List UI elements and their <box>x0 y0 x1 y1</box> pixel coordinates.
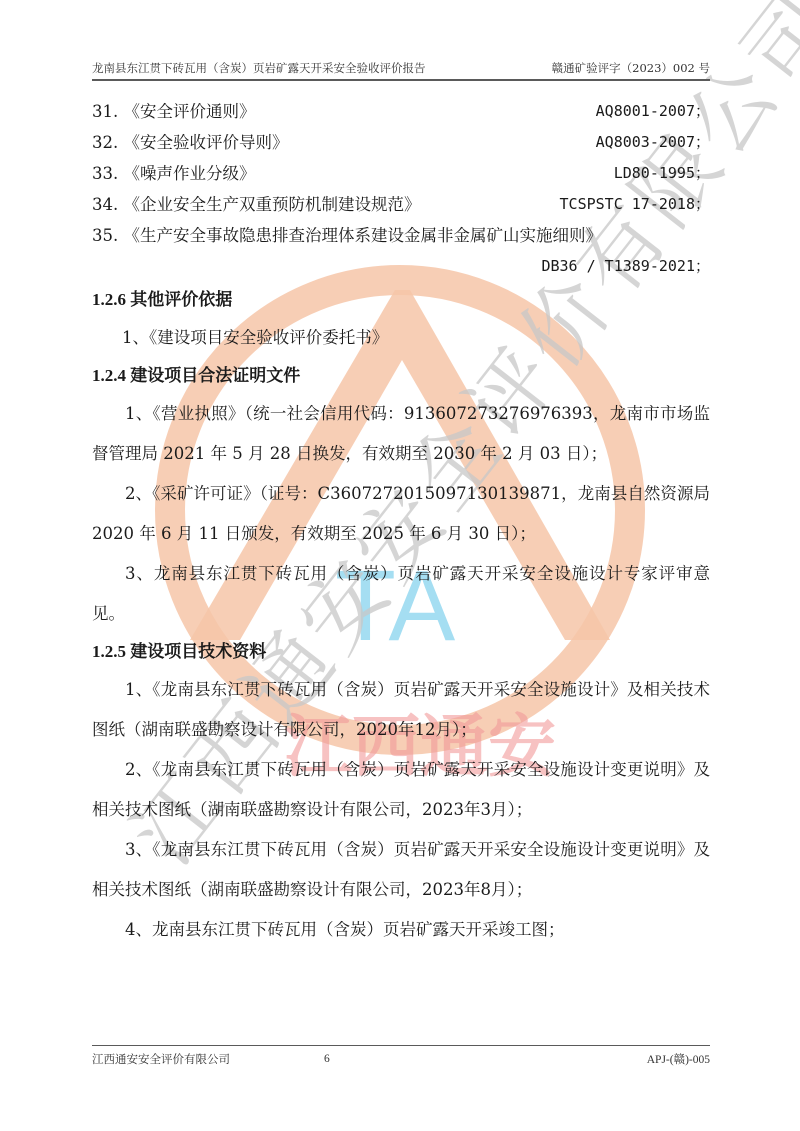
list-item: 3、龙南县东江贯下砖瓦用（含炭）页岩矿露天开采安全设施设计专家评审意见。 <box>92 554 710 634</box>
page-footer: 江西通安安全评价有限公司 6 APJ-(赣)-005 <box>92 1045 710 1067</box>
header-report-number: 赣通矿验评字（2023）002 号 <box>552 60 710 76</box>
list-item: 1、《营业执照》（统一社会信用代码：913607273276976393，龙南市… <box>92 394 710 474</box>
page-header: 龙南县东江贯下砖瓦用（含炭）页岩矿露天开采安全验收评价报告 赣通矿验评字（202… <box>92 56 710 81</box>
list-item: 4、龙南县东江贯下砖瓦用（含炭）页岩矿露天开采竣工图； <box>92 910 710 950</box>
reference-code: AQ8003-2007； <box>596 127 710 158</box>
section-heading: 1.2.5 建设项目技术资料 <box>92 634 710 670</box>
reference-item: 35. 《生产安全事故隐患排查治理体系建设金属非金属矿山实施细则》 <box>92 220 710 251</box>
reference-title: 《企业安全生产双重预防机制建设规范》 <box>124 195 421 214</box>
section-heading: 1.2.4 建设项目合法证明文件 <box>92 358 710 394</box>
reference-item: 31. 《安全评价通则》 AQ8001-2007； <box>92 96 710 127</box>
page-number: 6 <box>324 1053 647 1065</box>
section-technical-materials: 1.2.5 建设项目技术资料 1、《龙南县东江贯下砖瓦用（含炭）页岩矿露天开采安… <box>92 634 710 950</box>
section-heading: 1.2.6 其他评价依据 <box>92 282 710 318</box>
reference-code: AQ8001-2007； <box>596 96 710 127</box>
reference-title: 《噪声作业分级》 <box>124 164 256 183</box>
list-item: 2、《采矿许可证》（证号：C3607272015097130139871，龙南县… <box>92 474 710 554</box>
reference-title: 《生产安全事故隐患排查治理体系建设金属非金属矿山实施细则》 <box>124 226 603 245</box>
reference-title: 《安全评价通则》 <box>124 102 256 121</box>
footer-company: 江西通安安全评价有限公司 <box>92 1051 324 1067</box>
reference-code: DB36 / T1389-2021； <box>92 251 710 282</box>
document-page: TA 江西通安 江西通安安全评价有限公司 龙南县东江贯下砖瓦用（含炭）页岩矿露天… <box>0 0 800 1131</box>
section-legal-documents: 1.2.4 建设项目合法证明文件 1、《营业执照》（统一社会信用代码：91360… <box>92 358 710 634</box>
page-content: 31. 《安全评价通则》 AQ8001-2007； 32. 《安全验收评价导则》… <box>92 96 710 950</box>
list-item: 3、《龙南县东江贯下砖瓦用（含炭）页岩矿露天开采安全设施设计变更说明》及相关技术… <box>92 830 710 910</box>
reference-code: LD80-1995； <box>614 158 710 189</box>
reference-code: TCSPSTC 17-2018； <box>560 189 710 220</box>
reference-item: 34. 《企业安全生产双重预防机制建设规范》 TCSPSTC 17-2018； <box>92 189 710 220</box>
reference-list: 31. 《安全评价通则》 AQ8001-2007； 32. 《安全验收评价导则》… <box>92 96 710 282</box>
section-other-basis: 1.2.6 其他评价依据 1、《建设项目安全验收评价委托书》 <box>92 282 710 358</box>
reference-item: 33. 《噪声作业分级》 LD80-1995； <box>92 158 710 189</box>
header-report-title: 龙南县东江贯下砖瓦用（含炭）页岩矿露天开采安全验收评价报告 <box>92 60 426 76</box>
list-item: 2、《龙南县东江贯下砖瓦用（含炭）页岩矿露天开采安全设施设计变更说明》及相关技术… <box>92 750 710 830</box>
reference-title: 《安全验收评价导则》 <box>124 133 289 152</box>
reference-item: 32. 《安全验收评价导则》 AQ8003-2007； <box>92 127 710 158</box>
footer-doc-code: APJ-(赣)-005 <box>647 1051 710 1067</box>
list-item: 1、《龙南县东江贯下砖瓦用（含炭）页岩矿露天开采安全设施设计》及相关技术图纸（湖… <box>92 670 710 750</box>
list-item: 1、《建设项目安全验收评价委托书》 <box>92 318 710 358</box>
